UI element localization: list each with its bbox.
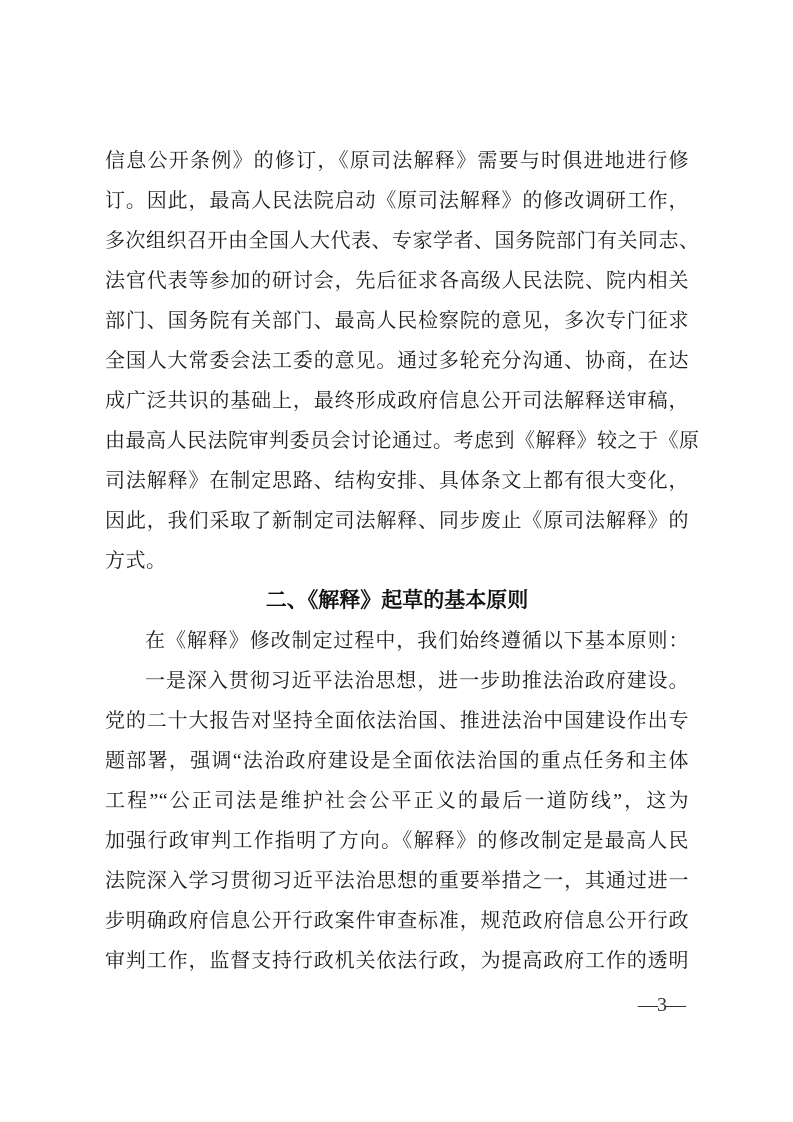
body-line: 审判工作，监督支持行政机关依法行政，为提高政府工作的透明 [105, 941, 689, 981]
body-line: 信息公开条例》的修订，《原司法解释》需要与时俱进地进行修 [105, 141, 689, 181]
body-line: 由最高人民法院审判委员会讨论通过。考虑到《解释》较之于《原 [105, 421, 689, 461]
body-line: 订。因此，最高人民法院启动《原司法解释》的修改调研工作， [105, 181, 689, 221]
body-line: 因此，我们采取了新制定司法解释、同步废止《原司法解释》的 [105, 501, 689, 541]
body-line-paragraph-end: 方式。 [105, 541, 689, 581]
section-heading: 二、《解释》起草的基本原则 [105, 581, 689, 621]
body-line: 工程”“公正司法是维护社会公平正义的最后一道防线”，这为 [105, 781, 689, 821]
body-line: 全国人大常委会法工委的意见。通过多轮充分沟通、协商，在达 [105, 341, 689, 381]
body-line: 多次组织召开由全国人大代表、专家学者、国务院部门有关同志、 [105, 221, 689, 261]
body-line: 法院深入学习贯彻习近平法治思想的重要举措之一，其通过进一 [105, 861, 689, 901]
body-line: 党的二十大报告对坚持全面依法治国、推进法治中国建设作出专 [105, 701, 689, 741]
body-line: 司法解释》在制定思路、结构安排、具体条文上都有很大变化， [105, 461, 689, 501]
document-page: 信息公开条例》的修订，《原司法解释》需要与时俱进地进行修 订。因此，最高人民法院… [0, 0, 793, 1122]
page-number: —3— [105, 993, 689, 1017]
body-line-indented: 在《解释》修改制定过程中，我们始终遵循以下基本原则： [105, 621, 689, 661]
body-line: 加强行政审判工作指明了方向。《解释》的修改制定是最高人民 [105, 821, 689, 861]
body-line: 步明确政府信息公开行政案件审查标准，规范政府信息公开行政 [105, 901, 689, 941]
body-line-indented: 一是深入贯彻习近平法治思想，进一步助推法治政府建设。 [105, 661, 689, 701]
body-line: 题部署，强调“法治政府建设是全面依法治国的重点任务和主体 [105, 741, 689, 781]
document-body: 信息公开条例》的修订，《原司法解释》需要与时俱进地进行修 订。因此，最高人民法院… [105, 141, 689, 981]
body-line: 成广泛共识的基础上，最终形成政府信息公开司法解释送审稿， [105, 381, 689, 421]
body-line: 部门、国务院有关部门、最高人民检察院的意见，多次专门征求 [105, 301, 689, 341]
body-line: 法官代表等参加的研讨会，先后征求各高级人民法院、院内相关 [105, 261, 689, 301]
